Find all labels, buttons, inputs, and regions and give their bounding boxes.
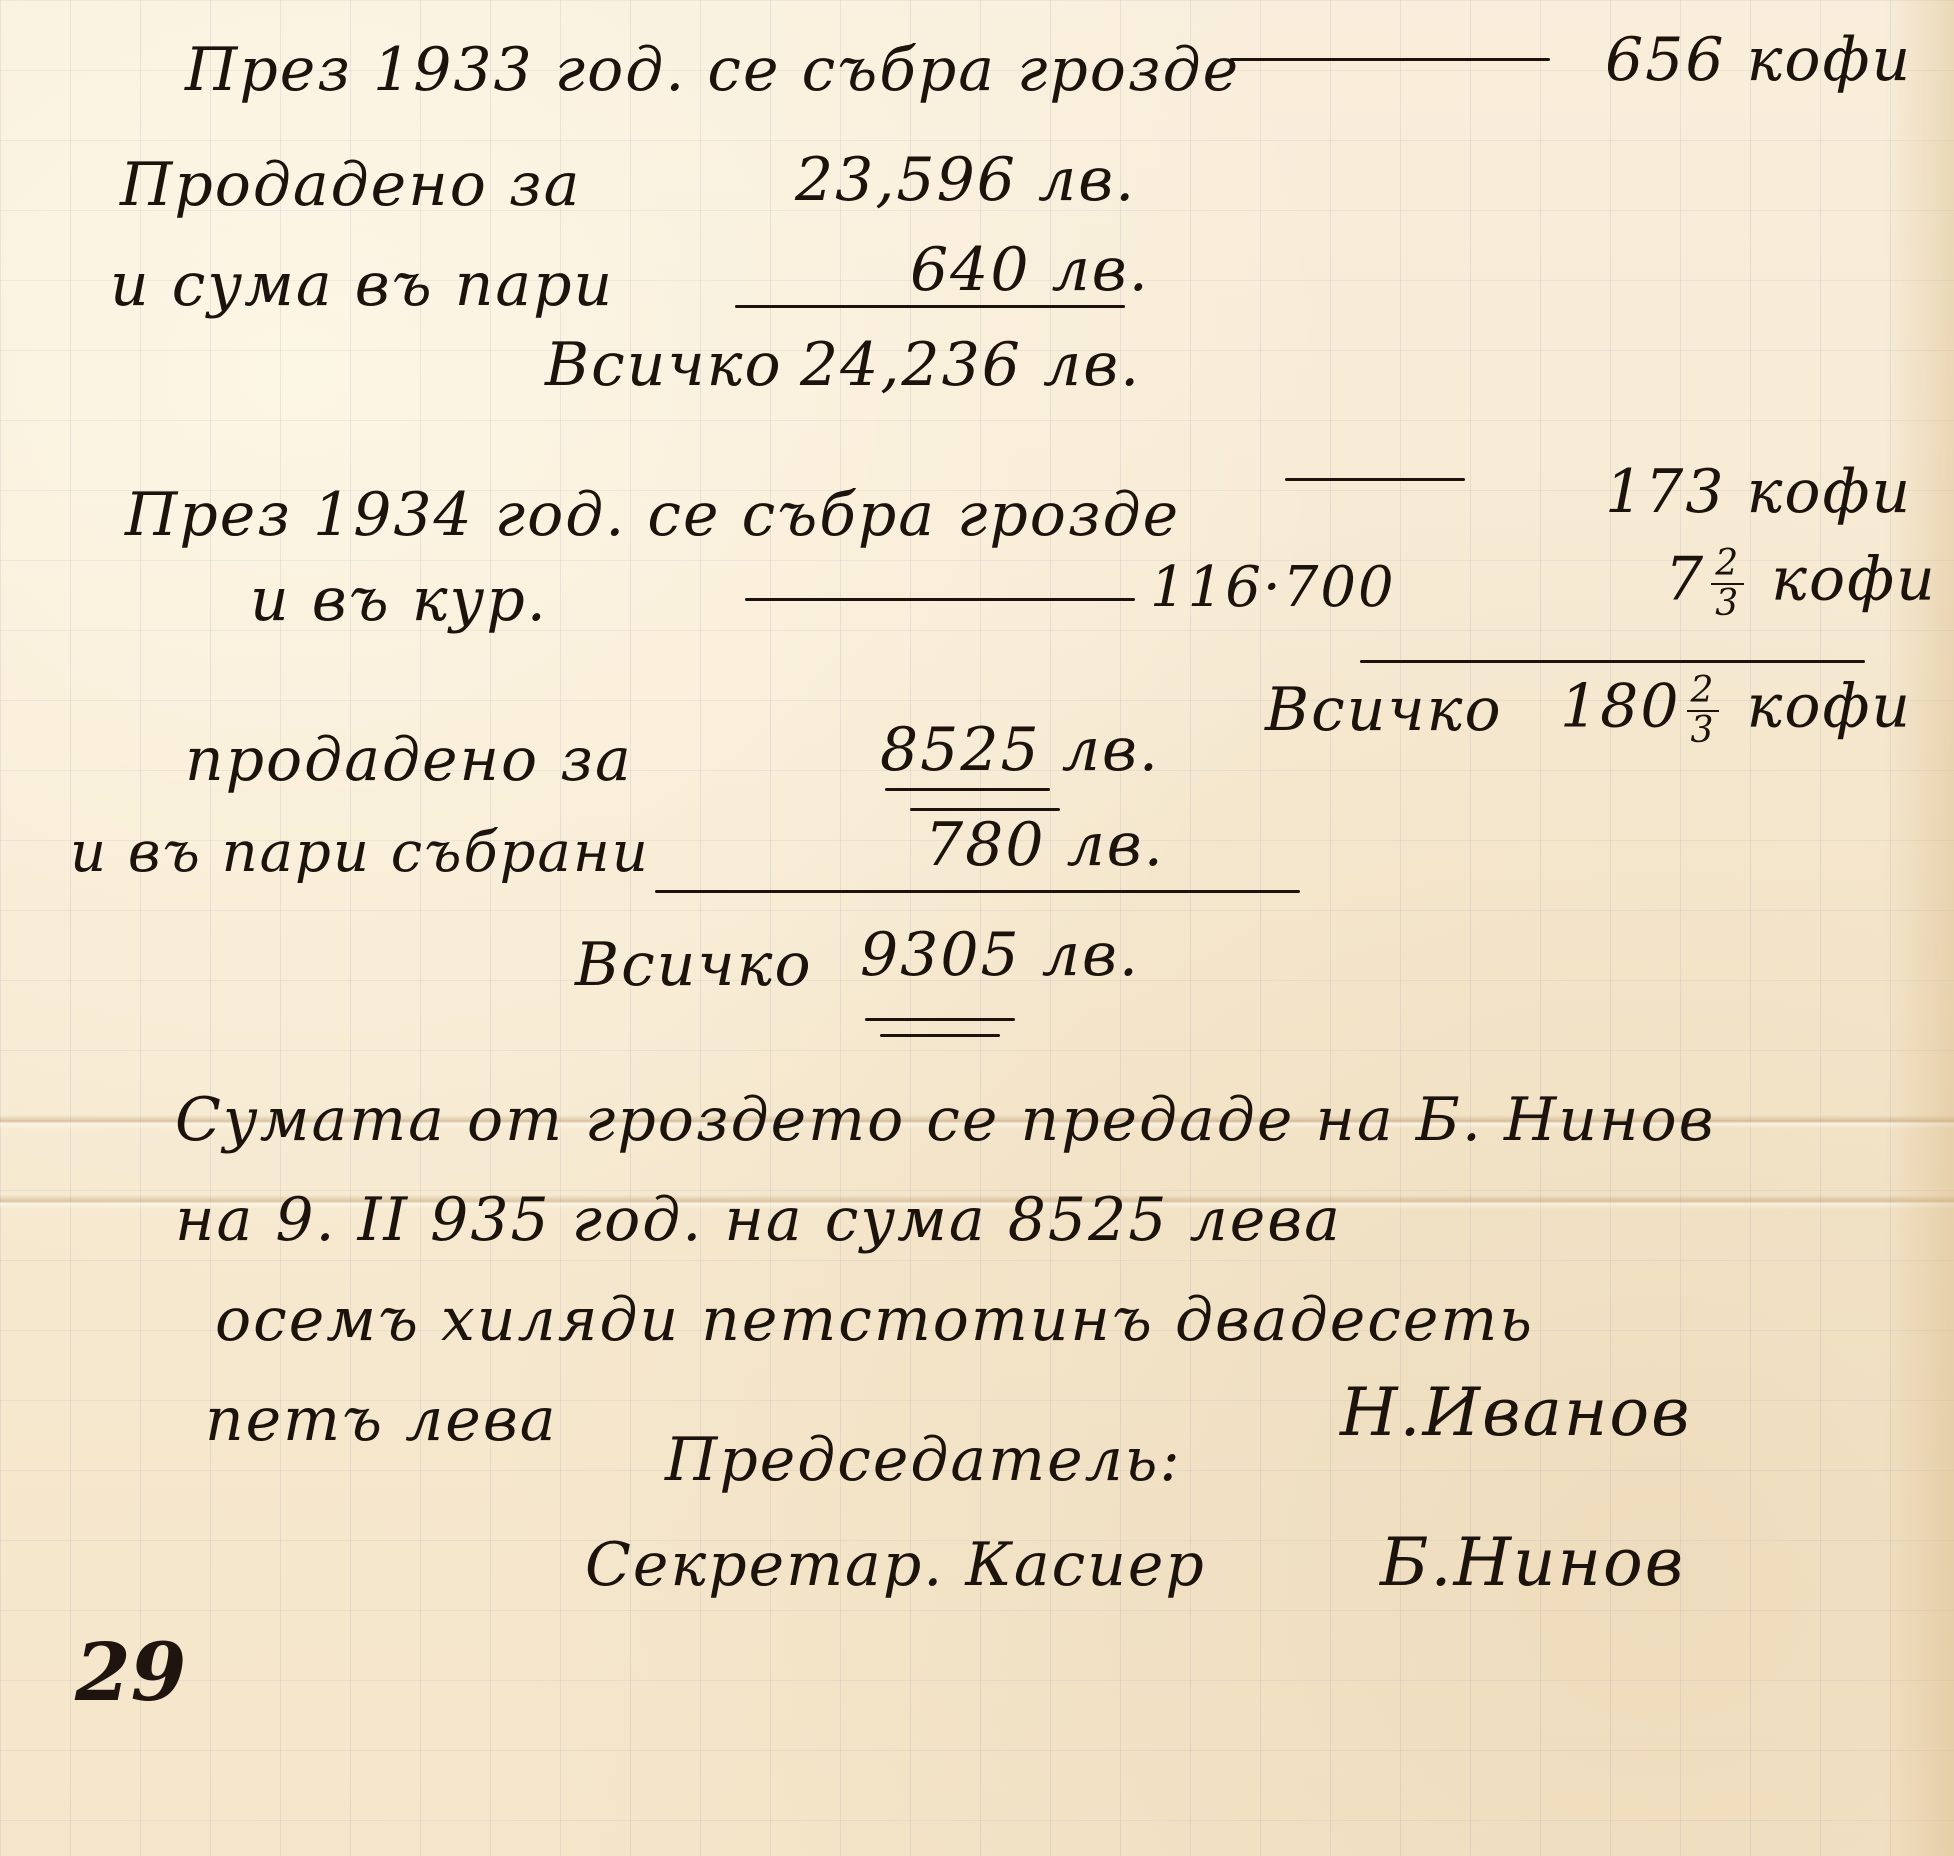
secretary-label: Секретар. Касиер bbox=[585, 1535, 1206, 1595]
unit: кофи bbox=[1747, 671, 1913, 741]
edge-stain bbox=[1884, 0, 1954, 1856]
fraction-whole: 7 bbox=[1665, 544, 1705, 614]
entry-1934-total-value: 9305 лв. bbox=[860, 925, 1140, 985]
sum-rule bbox=[735, 305, 1125, 308]
entry-1933-harvest-label: През 1933 год. се събра грозде bbox=[185, 40, 1240, 100]
sum-rule bbox=[885, 788, 1050, 791]
sum-rule bbox=[1360, 660, 1865, 663]
entry-1933-cash-label: и сума въ пари bbox=[110, 255, 614, 315]
entry-1933-total-label: Всичко bbox=[545, 335, 783, 395]
entry-1934-kofi-total-value: 18023 кофи bbox=[1560, 672, 1912, 750]
summary-line-3: осемъ хиляди петстотинъ двадесеть bbox=[215, 1290, 1534, 1350]
entry-1934-harvest-label: През 1934 год. се събра грозде bbox=[125, 485, 1180, 545]
unit: кофи bbox=[1771, 544, 1937, 614]
summary-line-2: на 9. II 935 год. на сума 8525 лева bbox=[175, 1190, 1342, 1250]
entry-1934-cash-value: 780 лв. bbox=[925, 815, 1165, 875]
entry-1934-sold-value: 8525 лв. bbox=[880, 720, 1160, 780]
entry-1934-cash-label: и въ пари събрани bbox=[70, 825, 650, 881]
entry-1933-total-value: 24,236 лв. bbox=[800, 335, 1141, 395]
entry-1933-cash-value: 640 лв. bbox=[910, 240, 1150, 300]
entry-1933-sold-value: 23,596 лв. bbox=[795, 150, 1136, 210]
margin-page-number: 29 bbox=[75, 1625, 186, 1719]
entry-1934-sold-label: продадено за bbox=[185, 730, 633, 790]
entry-1934-kur-label: и въ кур. bbox=[250, 570, 548, 630]
dash-rule bbox=[1285, 478, 1465, 481]
entry-1934-kur-mid-value: 116·700 bbox=[1150, 560, 1396, 616]
chair-label: Председатель: bbox=[665, 1430, 1182, 1490]
dash-rule bbox=[1230, 58, 1550, 61]
chair-signature: Н.Иванов bbox=[1340, 1380, 1691, 1446]
entry-1934-kur-value: 723 кофи bbox=[1665, 545, 1937, 623]
dash-rule bbox=[745, 598, 1135, 601]
sum-rule bbox=[655, 890, 1300, 893]
entry-1933-sold-label: Продадено за bbox=[120, 155, 581, 215]
document-page: През 1933 год. се събра грозде 656 кофи … bbox=[0, 0, 1954, 1856]
entry-1933-harvest-value: 656 кофи bbox=[1605, 30, 1912, 90]
fraction-whole: 180 bbox=[1560, 671, 1681, 741]
summary-line-1: Сумата от гроздето се предаде на Б. Нино… bbox=[175, 1090, 1716, 1150]
fraction: 23 bbox=[1687, 672, 1720, 750]
fraction: 23 bbox=[1711, 545, 1744, 623]
double-underline bbox=[865, 1018, 1015, 1021]
double-underline bbox=[880, 1034, 1000, 1037]
secretary-signature: Б.Нинов bbox=[1380, 1530, 1685, 1596]
entry-1934-kofi-total-label: Всичко bbox=[1265, 680, 1503, 740]
summary-line-4: петъ лева bbox=[205, 1390, 558, 1450]
entry-1934-harvest-value: 173 кофи bbox=[1605, 462, 1912, 522]
entry-1934-total-label: Всичко bbox=[575, 935, 813, 995]
